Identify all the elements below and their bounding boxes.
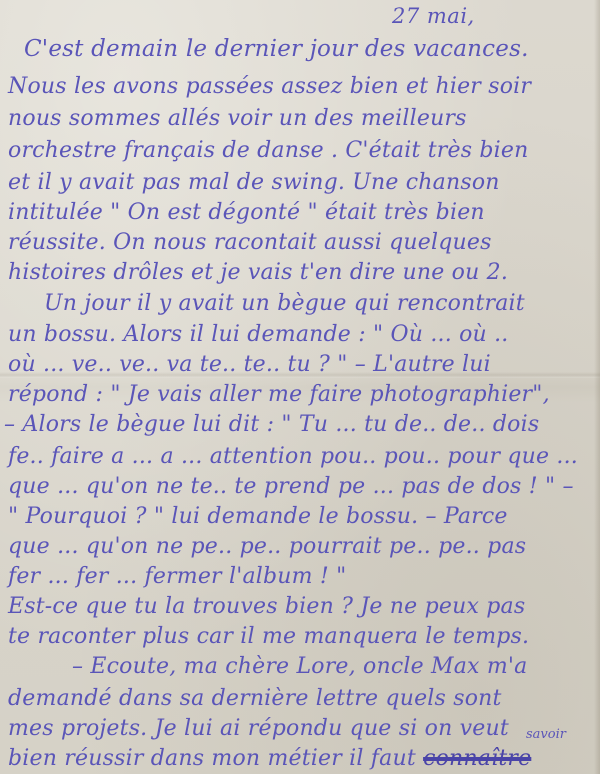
crossed-out-word: connaître: [423, 746, 531, 771]
letter-line: te raconter plus car il me manquera le t…: [8, 626, 529, 648]
letter-line: Est-ce que tu la trouves bien ? Je ne pe…: [8, 596, 525, 618]
letter-line: intitulée " On est dégonté " était très …: [8, 202, 485, 224]
letter-line: – Alors le bègue lui dit : " Tu ... tu d…: [4, 414, 539, 436]
letter-line: histoires drôles et je vais t'en dire un…: [8, 262, 508, 284]
letter-page: 27 mai, C'est demain le dernier jour des…: [0, 0, 600, 774]
letter-line: où ... ve.. ve.. va te.. te.. tu ? " – L…: [8, 354, 491, 376]
letter-line: – Ecoute, ma chère Lore, oncle Max m'a: [72, 656, 527, 678]
letter-line: " Pourquoi ? " lui demande le bossu. – P…: [8, 506, 508, 528]
letter-date: 27 mai,: [392, 4, 475, 28]
letter-line: et il y avait pas mal de swing. Une chan…: [8, 172, 500, 194]
letter-line: mes projets. Je lui ai répondu que si on…: [8, 718, 509, 740]
letter-line: un bossu. Alors il lui demande : " Où ..…: [8, 324, 509, 346]
letter-line: répond : " Je vais aller me faire photog…: [8, 384, 550, 406]
letter-line: C'est demain le dernier jour des vacance…: [24, 38, 529, 61]
letter-line: réussite. On nous racontait aussi quelqu…: [8, 232, 492, 254]
letter-line: nous sommes allés voir un des meilleurs: [8, 108, 467, 130]
letter-line: fer ... fer ... fermer l'album ! ": [8, 566, 346, 588]
letter-line: que ... qu'on ne pe.. pe.. pourrait pe..…: [8, 536, 526, 558]
letter-line: que ... qu'on ne te.. te prend pe ... pa…: [8, 476, 574, 498]
paper-edge: [594, 0, 600, 774]
letter-line-text: bien réussir dans mon métier il faut: [8, 746, 416, 771]
letter-line: orchestre français de danse . C'était tr…: [8, 140, 528, 162]
inserted-word: savoir: [526, 727, 566, 742]
letter-line: fe.. faire a ... a ... attention pou.. p…: [8, 446, 578, 468]
letter-line: Un jour il y avait un bègue qui rencontr…: [44, 293, 525, 315]
letter-line: demandé dans sa dernière lettre quels so…: [8, 688, 502, 710]
letter-line-last: bien réussir dans mon métier il faut con…: [8, 748, 531, 770]
letter-line: Nous les avons passées assez bien et hie…: [8, 76, 531, 98]
